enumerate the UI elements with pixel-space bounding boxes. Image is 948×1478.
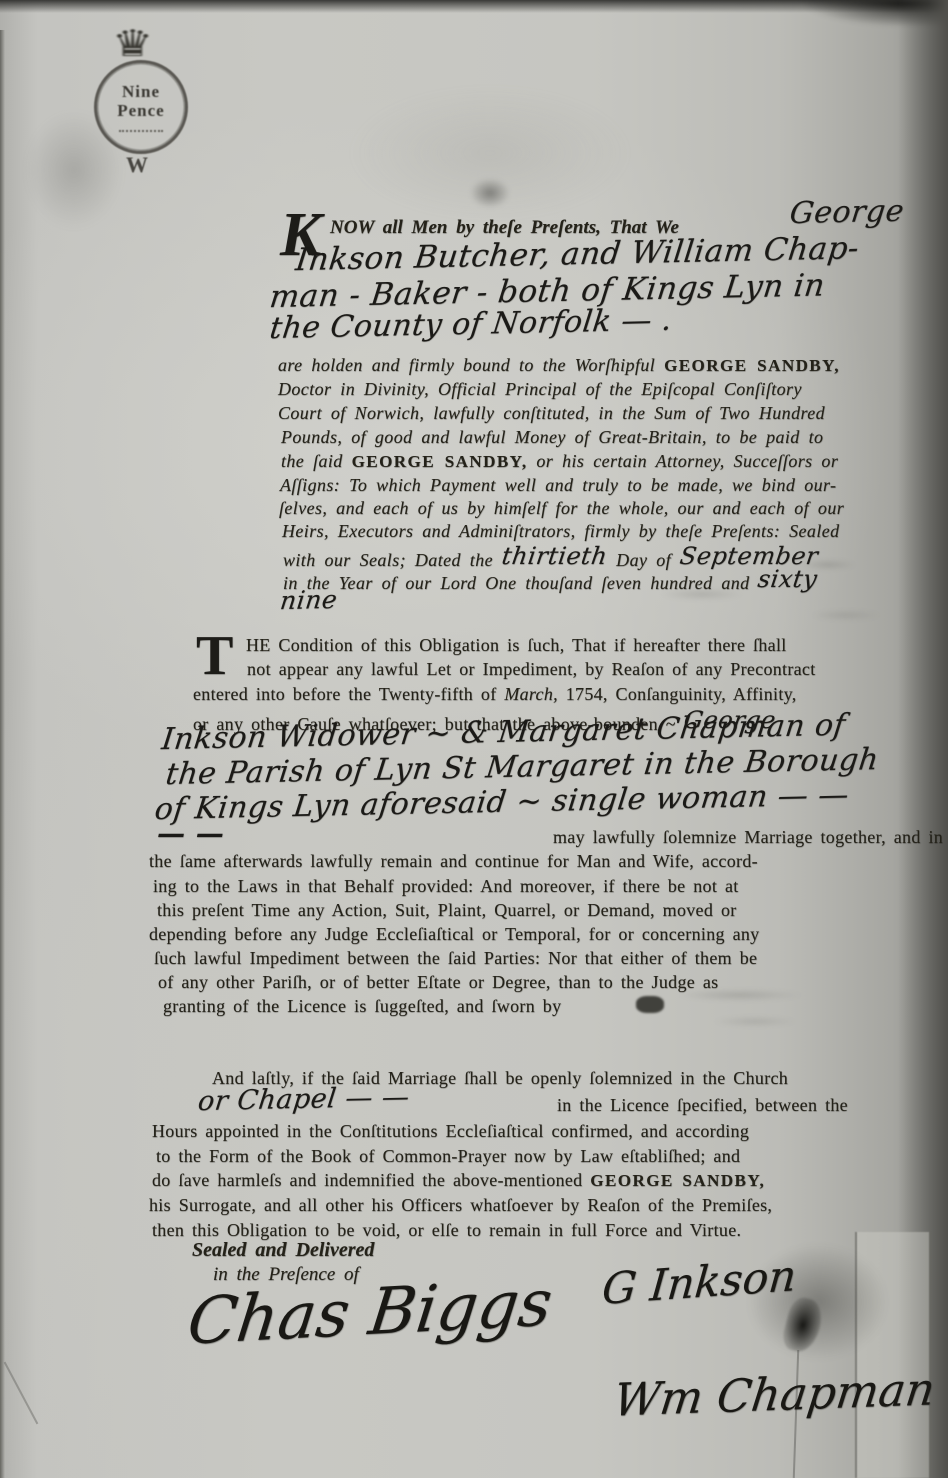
handwritten-name: George — [788, 194, 906, 231]
drop-cap-t: T — [196, 624, 233, 688]
printed-line: Aſſigns: To which Payment well and truly… — [280, 475, 836, 496]
printed-line: Hours appointed in the Conſtitutions Ecc… — [152, 1121, 749, 1142]
printed-text-italic: March, — [504, 684, 558, 704]
printed-line: in the Year of our Lord One thouſand ſev… — [283, 567, 818, 595]
printed-line: Doctor in Divinity, Official Principal o… — [278, 379, 802, 400]
printed-text: or his certain Attorney, Succeſſors or — [528, 451, 839, 471]
ink-blot — [636, 996, 664, 1013]
obligee-name: GEORGE SANDBY, — [590, 1171, 765, 1190]
document-page: ♛ Nine Pence W K NOW all Men by theſe Pr… — [0, 0, 948, 1478]
printed-line: ſuch lawful Impediment between the ſaid … — [154, 948, 757, 969]
handwritten-year: sixty — [757, 565, 820, 593]
printed-line: are holden and firmly bound to the Worſh… — [278, 355, 840, 376]
printed-text: entered into before the Twenty-fifth of — [193, 684, 504, 704]
printed-line: granting of the Licence is ſuggeſted, an… — [163, 996, 561, 1017]
stamp-ornament — [119, 122, 163, 132]
duty-stamp-value-line1: Nine — [122, 82, 160, 101]
ink-smear — [470, 178, 510, 208]
page-edge-left — [0, 30, 5, 1478]
obligee-name: GEORGE SANDBY, — [352, 452, 528, 471]
printed-line: HE Condition of this Obligation is ſuch,… — [246, 635, 787, 656]
printed-line: not appear any lawful Let or Impediment,… — [247, 659, 816, 680]
printed-line: ing to the Laws in that Behalf provided:… — [153, 876, 739, 897]
crown-icon: ♛ — [112, 21, 153, 64]
printed-line: then this Obligation to be void, or elſe… — [152, 1220, 741, 1241]
printed-line: to the Form of the Book of Common-Prayer… — [156, 1146, 740, 1167]
printed-line: the ſame afterwards lawfully remain and … — [149, 851, 758, 872]
printed-text: do ſave harmleſs and indemnified the abo… — [152, 1170, 590, 1190]
printed-line: do ſave harmleſs and indemnified the abo… — [152, 1170, 765, 1191]
printed-text: the ſaid — [281, 451, 352, 471]
handwritten-line: the County of Norfolk — . — [268, 303, 674, 347]
printed-line: depending before any Judge Eccleſiaſtica… — [149, 924, 759, 945]
printed-line: in the Licence ſpecified, between the — [557, 1095, 848, 1116]
printed-line: of any other Pariſh, or of better Eſtate… — [158, 972, 718, 993]
handwritten-day: thirtieth — [500, 542, 609, 570]
printed-line: ſelves, and each of us by himſelf for th… — [279, 498, 844, 519]
obligee-name: GEORGE SANDBY, — [664, 356, 840, 375]
printed-line: may lawfully ſolemnize Marriage together… — [553, 827, 943, 848]
printed-line: Pounds, of good and lawful Money of Grea… — [281, 427, 823, 448]
printed-text: 1754, Conſanguinity, Affinity, — [558, 684, 797, 704]
printed-line: this preſent Time any Action, Suit, Plai… — [157, 900, 737, 921]
printed-text: are holden and firmly bound to the Worſh… — [278, 355, 664, 375]
paper-crease — [4, 1362, 39, 1425]
printed-line: Court of Norwich, lawfully conſtituted, … — [278, 403, 825, 424]
handwritten-line: or Chapel — — — [196, 1082, 411, 1118]
handwritten-year: nine — [279, 585, 339, 615]
printed-line: his Surrogate, and all other his Officer… — [149, 1195, 772, 1216]
attestation-line: Sealed and Delivered — [192, 1239, 374, 1262]
printed-line: Heirs, Executors and Adminiſtrators, fir… — [282, 521, 840, 542]
handwritten-dash: — — — [157, 817, 224, 850]
printed-line: entered into before the Twenty-fifth of … — [193, 684, 797, 705]
duty-stamp-value-line2: Pence — [117, 101, 164, 120]
duty-stamp-circle: Nine Pence — [94, 60, 188, 154]
printed-line: the ſaid GEORGE SANDBY, or his certain A… — [281, 451, 838, 472]
duty-stamp: ♛ Nine Pence W — [86, 22, 202, 174]
printed-text: in the Year of our Lord One thouſand ſev… — [283, 573, 758, 593]
duty-stamp-letter: W — [126, 152, 148, 178]
